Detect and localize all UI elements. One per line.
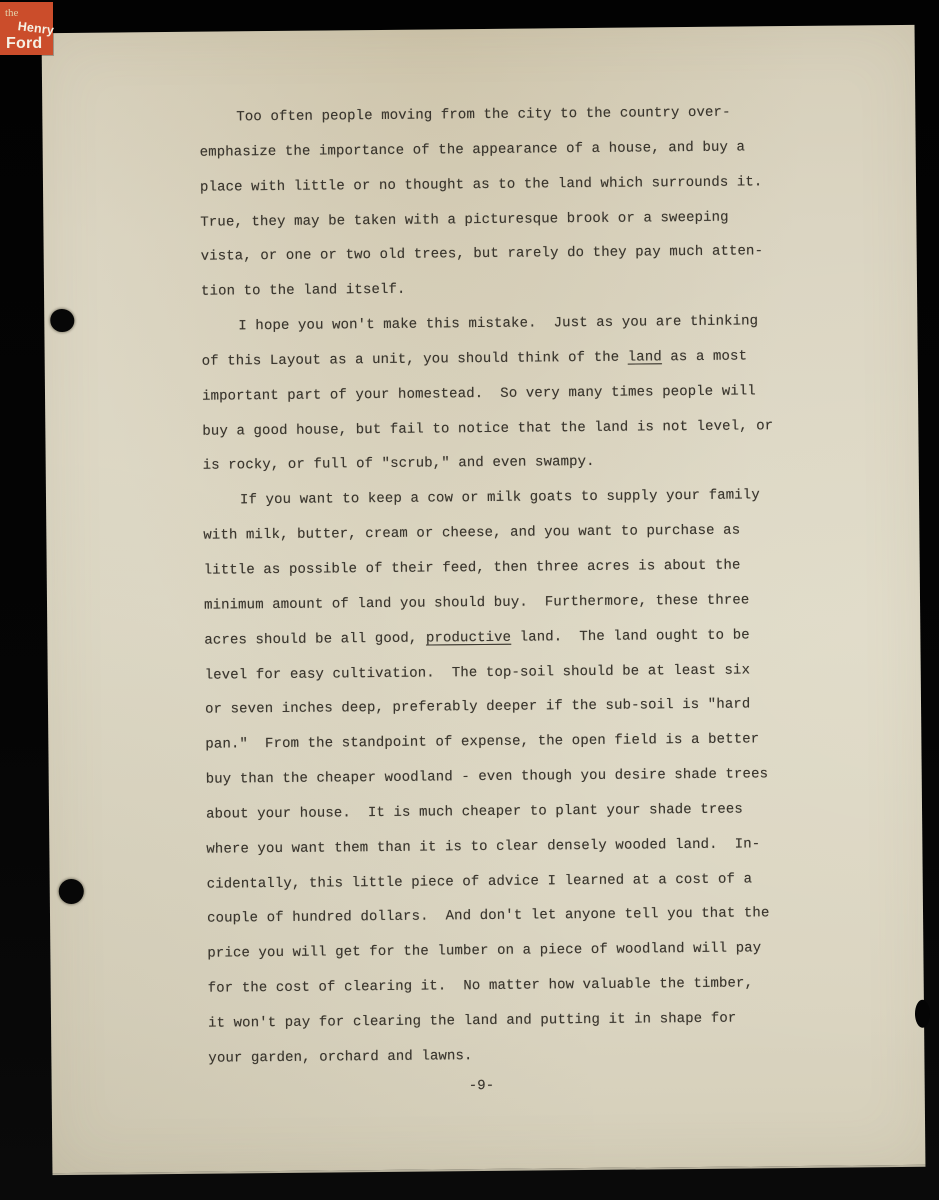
text-line: acres should be all good, productive lan… [204, 618, 804, 659]
text-segment: as a most [662, 348, 747, 365]
punch-hole-bottom [59, 879, 84, 904]
text-line: important part of your homestead. So ver… [202, 374, 802, 415]
punch-hole-top [50, 309, 74, 332]
text-segment: of this Layout as a unit, you should thi… [202, 350, 628, 370]
underlined-word: land [628, 349, 662, 365]
logo-word-ford: Ford [6, 35, 42, 53]
text-line: little as possible of their feed, then t… [204, 548, 804, 589]
text-segment: or seven inches deep, preferably deeper … [205, 697, 751, 718]
underlined-word: productive [426, 629, 511, 646]
scan-background: Too often people moving from the city to… [0, 0, 939, 1200]
text-segment: for the cost of clearing it. No matter h… [208, 976, 754, 997]
text-segment: your garden, orchard and lawns. [208, 1048, 472, 1067]
text-line: Too often people moving from the city to… [199, 95, 799, 136]
text-line: tion to the land itself. [201, 269, 801, 310]
text-segment: land. The land ought to be [511, 627, 750, 645]
text-segment: place with little or no thought as to th… [200, 174, 763, 195]
text-segment: emphasize the importance of the appearan… [200, 139, 746, 160]
text-line: True, they may be taken with a picturesq… [200, 199, 800, 240]
document-page: Too often people moving from the city to… [42, 25, 926, 1175]
text-line: I hope you won't make this mistake. Just… [201, 304, 801, 345]
text-line: it won't pay for clearing the land and p… [208, 1001, 808, 1042]
edge-notch [915, 1000, 930, 1028]
text-segment: buy a good house, but fail to notice tha… [202, 418, 773, 439]
text-segment: minimum amount of land you should buy. F… [204, 592, 750, 613]
text-line: couple of hundred dollars. And don't let… [207, 896, 807, 937]
text-segment: tion to the land itself. [201, 282, 406, 300]
text-line: level for easy cultivation. The top-soil… [205, 652, 805, 693]
text-line: with milk, butter, cream or cheese, and … [203, 513, 803, 554]
text-line: for the cost of clearing it. No matter h… [208, 966, 808, 1007]
text-line: pan." From the standpoint of expense, th… [205, 722, 805, 763]
text-segment: it won't pay for clearing the land and p… [208, 1011, 736, 1032]
text-line: vista, or one or two old trees, but rare… [201, 234, 801, 275]
text-line: price you will get for the lumber on a p… [207, 931, 807, 972]
text-segment: where you want them than it is to clear … [206, 836, 760, 857]
typewritten-text: Too often people moving from the city to… [199, 95, 808, 1076]
text-line: your garden, orchard and lawns. [208, 1036, 808, 1077]
henry-ford-logo: the Henry Ford [0, 2, 53, 55]
text-line: emphasize the importance of the appearan… [200, 130, 800, 171]
text-segment: True, they may be taken with a picturesq… [200, 209, 728, 230]
text-segment: price you will get for the lumber on a p… [207, 941, 761, 962]
text-segment: buy than the cheaper woodland - even tho… [206, 766, 769, 787]
text-line: If you want to keep a cow or milk goats … [203, 478, 803, 519]
text-line: or seven inches deep, preferably deeper … [205, 687, 805, 728]
text-line: buy a good house, but fail to notice tha… [202, 409, 802, 450]
text-line: place with little or no thought as to th… [200, 165, 800, 206]
text-line: about your house. It is much cheaper to … [206, 792, 806, 833]
text-line: minimum amount of land you should buy. F… [204, 583, 804, 624]
text-segment: pan." From the standpoint of expense, th… [205, 732, 759, 753]
text-segment: vista, or one or two old trees, but rare… [201, 244, 764, 265]
text-line: where you want them than it is to clear … [206, 827, 806, 868]
text-segment: is rocky, or full of "scrub," and even s… [203, 454, 595, 474]
text-segment: I hope you won't make this mistake. Just… [238, 313, 758, 334]
logo-word-the: the [5, 7, 18, 19]
page-number: -9- [469, 1069, 495, 1104]
text-segment: cidentally, this little piece of advice … [207, 871, 753, 892]
text-line: buy than the cheaper woodland - even tho… [206, 757, 806, 798]
text-line: of this Layout as a unit, you should thi… [202, 339, 802, 380]
text-segment: level for easy cultivation. The top-soil… [205, 662, 751, 683]
text-segment: little as possible of their feed, then t… [204, 558, 741, 579]
text-line: is rocky, or full of "scrub," and even s… [203, 443, 803, 484]
text-segment: about your house. It is much cheaper to … [206, 801, 743, 822]
text-line: cidentally, this little piece of advice … [207, 861, 807, 902]
text-segment: with milk, butter, cream or cheese, and … [203, 523, 740, 544]
text-segment: important part of your homestead. So ver… [202, 383, 756, 404]
text-segment: Too often people moving from the city to… [236, 105, 730, 126]
text-segment: acres should be all good, [204, 630, 426, 648]
text-segment: couple of hundred dollars. And don't let… [207, 906, 770, 927]
text-segment: If you want to keep a cow or milk goats … [240, 488, 760, 509]
